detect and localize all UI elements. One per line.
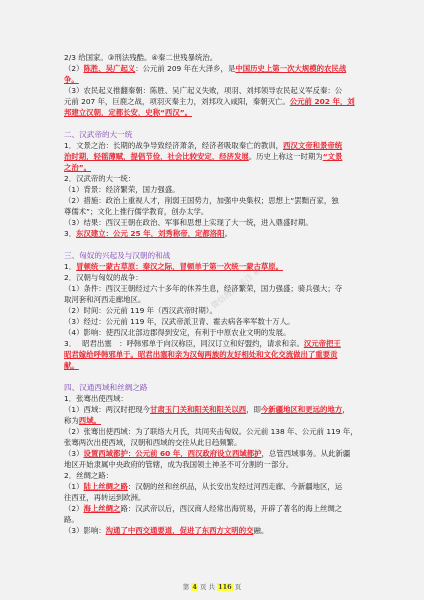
text-line: 2．汉朝与匈奴的战争： <box>64 272 362 283</box>
text-segment: 3． <box>64 229 76 238</box>
text-segment: （3）影响： <box>64 526 106 535</box>
key-point-highlight: 公元前 202 年，刘 <box>290 97 355 106</box>
key-point-highlight: 之治”。 <box>64 163 91 172</box>
text-line: （1）背景：经济繁荣，国力强盛。 <box>64 184 362 195</box>
text-segment: 路：汉武帝以后，西汉商人经常出海贸易，开辟了著名的海上丝绸之 <box>120 504 342 513</box>
text-segment: （2） <box>64 64 83 73</box>
text-line: 地区开始隶属中央政府的管辖，成为我国领土神圣不可分割的一部分。 <box>64 459 362 470</box>
section-heading: 三、匈奴的兴起及与汉朝的和战 <box>64 250 362 261</box>
text-line: （3）影响：沟通了中西交通要道，促进了东西方文明的交融。 <box>64 525 362 536</box>
key-point-highlight: 海上丝绸之 <box>83 504 120 513</box>
text-line: 张骞两次出使西域，汉朝和西域的交往从此日趋频繁。 <box>64 437 362 448</box>
text-segment: （2） <box>64 504 83 513</box>
text-line: 3． 昭君出塞 ：呼韩邪单于向汉称臣，同汉订立和好盟约，请求和亲。汉元帝把王 <box>64 338 362 349</box>
key-point-highlight: 昭君嫁给呼韩邪单于。昭君出塞和亲为汉匈两族的友好相处和文化交流做出了重要贡 <box>64 350 337 359</box>
text-segment: 元前 207 年，巨鹿之战，项羽灭秦主力，刘邦攻入咸阳，秦朝灭亡。 <box>64 97 290 106</box>
key-point-highlight: 东汉建立：公元 25 年，刘秀称帝，定都洛阳 <box>76 229 224 238</box>
text-line: 献。 <box>64 360 362 371</box>
spacer <box>64 239 362 250</box>
text-segment: （1） <box>64 482 83 491</box>
text-line: 邦建立汉朝，定都长安，史称“西汉”。 <box>64 107 362 118</box>
text-segment: 称为 <box>64 416 79 425</box>
footer-prefix: 第 <box>183 583 190 591</box>
text-line: （2）海上丝绸之路：汉武帝以后，西汉商人经常出海贸易，开辟了著名的海上丝绸之 <box>64 503 362 514</box>
text-line: 3．东汉建立：公元 25 年，刘秀称帝，定都洛阳。 <box>64 228 362 239</box>
text-line: 治时期，轻徭薄赋，提倡节俭，社会比较安定，经济发展。历史上称这一时期为“文景 <box>64 151 362 162</box>
text-line: 争。 <box>64 74 362 85</box>
text-line: 1．文景之治：长期的战争导致经济萧条，经济者吸取秦亡的教训，西汉文帝和景帝统 <box>64 140 362 151</box>
spacer <box>64 371 362 382</box>
text-line: （4）影响：使西汉北部边郡得到安定，有利于中原农业文明的发展。 <box>64 327 362 338</box>
text-line: （3）经过：公元前 119 年，汉武帝派卫青、霍去病各率军数十万人。 <box>64 316 362 327</box>
text-line: 之治”。 <box>64 162 362 173</box>
text-line: （1）陆上丝绸之路：汉朝的丝和丝织品，从长安出发经过河西走廊、今新疆地区，运 <box>64 481 362 492</box>
text-line: （2）陈胜、吴广起义：公元前 209 年在大泽乡，是中国历史上第一次大规模的农民… <box>64 63 362 74</box>
text-segment: ：公元前 209 年在大泽乡，是 <box>135 64 235 73</box>
total-page-number: 116 <box>217 583 233 591</box>
text-line: 称为西域。 <box>64 415 362 426</box>
key-point-highlight: 汉元帝把王 <box>304 339 341 348</box>
text-line: （1）条件：西汉王朝经过六十多年的休养生息，经济繁荣，国力强盛；骑兵强大；夺 <box>64 283 362 294</box>
text-segment: （1）西域：两汉时把现今 <box>64 405 150 414</box>
key-point-highlight: 献。 <box>64 361 79 370</box>
text-line: （2）张骞出使西域：为了联络大月氏，共同夹击匈奴。公元前 138 年、公元前 1… <box>64 426 362 437</box>
text-line: 1．张骞出使西域： <box>64 393 362 404</box>
text-line: 2．丝绸之路： <box>64 470 362 481</box>
section-heading: 四、汉通西域和丝绸之路 <box>64 382 362 393</box>
text-segment: （3） <box>64 449 83 458</box>
text-line: 2．汉武帝的大一统： <box>64 173 362 184</box>
text-segment: 。 <box>225 229 232 238</box>
text-segment: 3． 昭君出塞 ：呼韩邪单于向汉称臣，同汉订立和好盟约，请求和亲。 <box>64 339 304 348</box>
text-line: 尊儒术”；文化上推行儒学教育，创办太学。 <box>64 206 362 217</box>
key-point-highlight: 今新疆地区和更远的地方 <box>261 405 342 414</box>
text-line: （3）农民起义推翻秦朝：陈胜、吴广起义失败，项羽、刘邦领导农民起义军反秦：公 <box>64 85 362 96</box>
key-point-highlight: 治时期，轻徭薄赋，提倡节俭，社会比较安定，经济发展 <box>64 152 249 161</box>
key-point-highlight: 设置西域都护：公元前 60 年，西汉政府设立西域都护 <box>83 449 261 458</box>
key-point-highlight: 陈胜、吴广起义 <box>83 64 135 73</box>
text-segment: ：汉朝的丝和丝织品，从长安出发经过河西走廊、今新疆地区，运 <box>128 482 342 491</box>
text-segment: ， <box>342 405 349 414</box>
key-point-highlight: 沟通了中西交通要道，促进了东西方文明的交 <box>106 526 254 535</box>
document-page: 2/3 给国家。③刑法残酷。④秦二世残暴统治。（2）陈胜、吴广起义：公元前 20… <box>64 52 362 536</box>
text-segment: ，总管西域事务。从此新疆 <box>262 449 351 458</box>
text-line: 昭君嫁给呼韩邪单于。昭君出塞和亲为汉匈两族的友好相处和文化交流做出了重要贡 <box>64 349 362 360</box>
key-point-highlight: “文景 <box>323 152 343 161</box>
key-point-highlight: 陆上丝绸之路 <box>83 482 127 491</box>
key-point-highlight: 邦建立汉朝，定都长安，史称“西汉”。 <box>64 108 192 117</box>
text-line: 1．冒顿统一蒙古草原：秦汉之际，冒顿单于第一次统一蒙古草原。 <box>64 261 362 272</box>
key-point-highlight: 西汉文帝和景帝统 <box>283 141 342 150</box>
section-heading: 二、汉武帝的大一统 <box>64 129 362 140</box>
spacer <box>64 118 362 129</box>
text-segment: 1． <box>64 262 76 271</box>
current-page-number: 4 <box>191 583 198 591</box>
text-line: （3）结果：西汉王朝在政治、军事和思想上实现了大一统，进入鼎盛时期。 <box>64 217 362 228</box>
footer-mid: 页 共 <box>200 583 215 591</box>
key-point-highlight: 争。 <box>64 75 79 84</box>
key-point-highlight: 西域。 <box>79 416 101 425</box>
text-line: 元前 207 年，巨鹿之战，项羽灭秦主力，刘邦攻入咸阳，秦朝灭亡。公元前 202… <box>64 96 362 107</box>
text-segment: ，即 <box>246 405 261 414</box>
page-footer: 第 4 页 共 116 页 <box>0 582 424 591</box>
text-line: 往西亚，再转运到欧洲。 <box>64 492 362 503</box>
text-segment: 1．文景之治：长期的战争导致经济萧条，经济者吸取秦亡的教训， <box>64 141 283 150</box>
text-segment: 融。 <box>253 526 268 535</box>
text-segment: 。历史上称这一时期为 <box>249 152 323 161</box>
text-line: 2/3 给国家。③刑法残酷。④秦二世残暴统治。 <box>64 52 362 63</box>
key-point-highlight: 中国历史上第一次大规模的农民战 <box>235 64 346 73</box>
key-point-highlight: 甘肃玉门关和阳关和阳关以西 <box>150 405 246 414</box>
text-line: 路。 <box>64 514 362 525</box>
footer-suffix: 页 <box>235 583 242 591</box>
text-line: （2）措施：政治上重视人才，削弱王国势力，加强中央集权；思想上“罢黜百家，独 <box>64 195 362 206</box>
text-line: （3）设置西域都护：公元前 60 年，西汉政府设立西域都护，总管西域事务。从此新… <box>64 448 362 459</box>
text-line: （1）西域：两汉时把现今甘肃玉门关和阳关和阳关以西，即今新疆地区和更远的地方， <box>64 404 362 415</box>
